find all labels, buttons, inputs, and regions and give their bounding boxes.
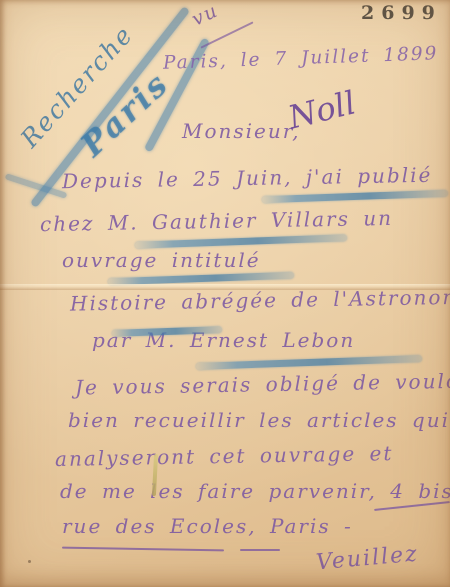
ink-underline bbox=[62, 547, 224, 552]
body-line-address: de me les faire parvenir, 4 bis bbox=[60, 481, 450, 501]
ink-underline bbox=[240, 549, 280, 551]
closing-word: Veuillez bbox=[315, 544, 419, 575]
checked-note: vu bbox=[189, 1, 221, 30]
blue-underline bbox=[135, 234, 347, 248]
blue-underline bbox=[196, 355, 422, 370]
salutation-flourish: Noll bbox=[285, 86, 358, 133]
body-line: chez M. Gauthier Villars un bbox=[40, 208, 393, 234]
body-line: ouvrage intitulé bbox=[62, 250, 261, 270]
salutation: Monsieur, bbox=[182, 121, 301, 141]
body-line: analyseront cet ouvrage et bbox=[55, 443, 394, 469]
archive-number-stamp: 2699 bbox=[361, 2, 442, 24]
blue-underline bbox=[262, 190, 448, 203]
body-line: bien recueillir les articles qui bbox=[68, 410, 450, 430]
body-line-book-title: Histoire abrégée de l'Astronomie bbox=[70, 286, 450, 313]
paper-speck bbox=[28, 560, 31, 563]
paper-fold-crease bbox=[0, 284, 450, 290]
letter-page: 2699 Recherche Paris vu Paris, le 7 Juil… bbox=[0, 0, 450, 587]
body-line: Je vous serais obligé de vouloir bbox=[75, 370, 450, 397]
body-line-address: rue des Ecoles, Paris - bbox=[62, 516, 353, 536]
body-line: Depuis le 25 Juin, j'ai publié bbox=[62, 165, 433, 191]
